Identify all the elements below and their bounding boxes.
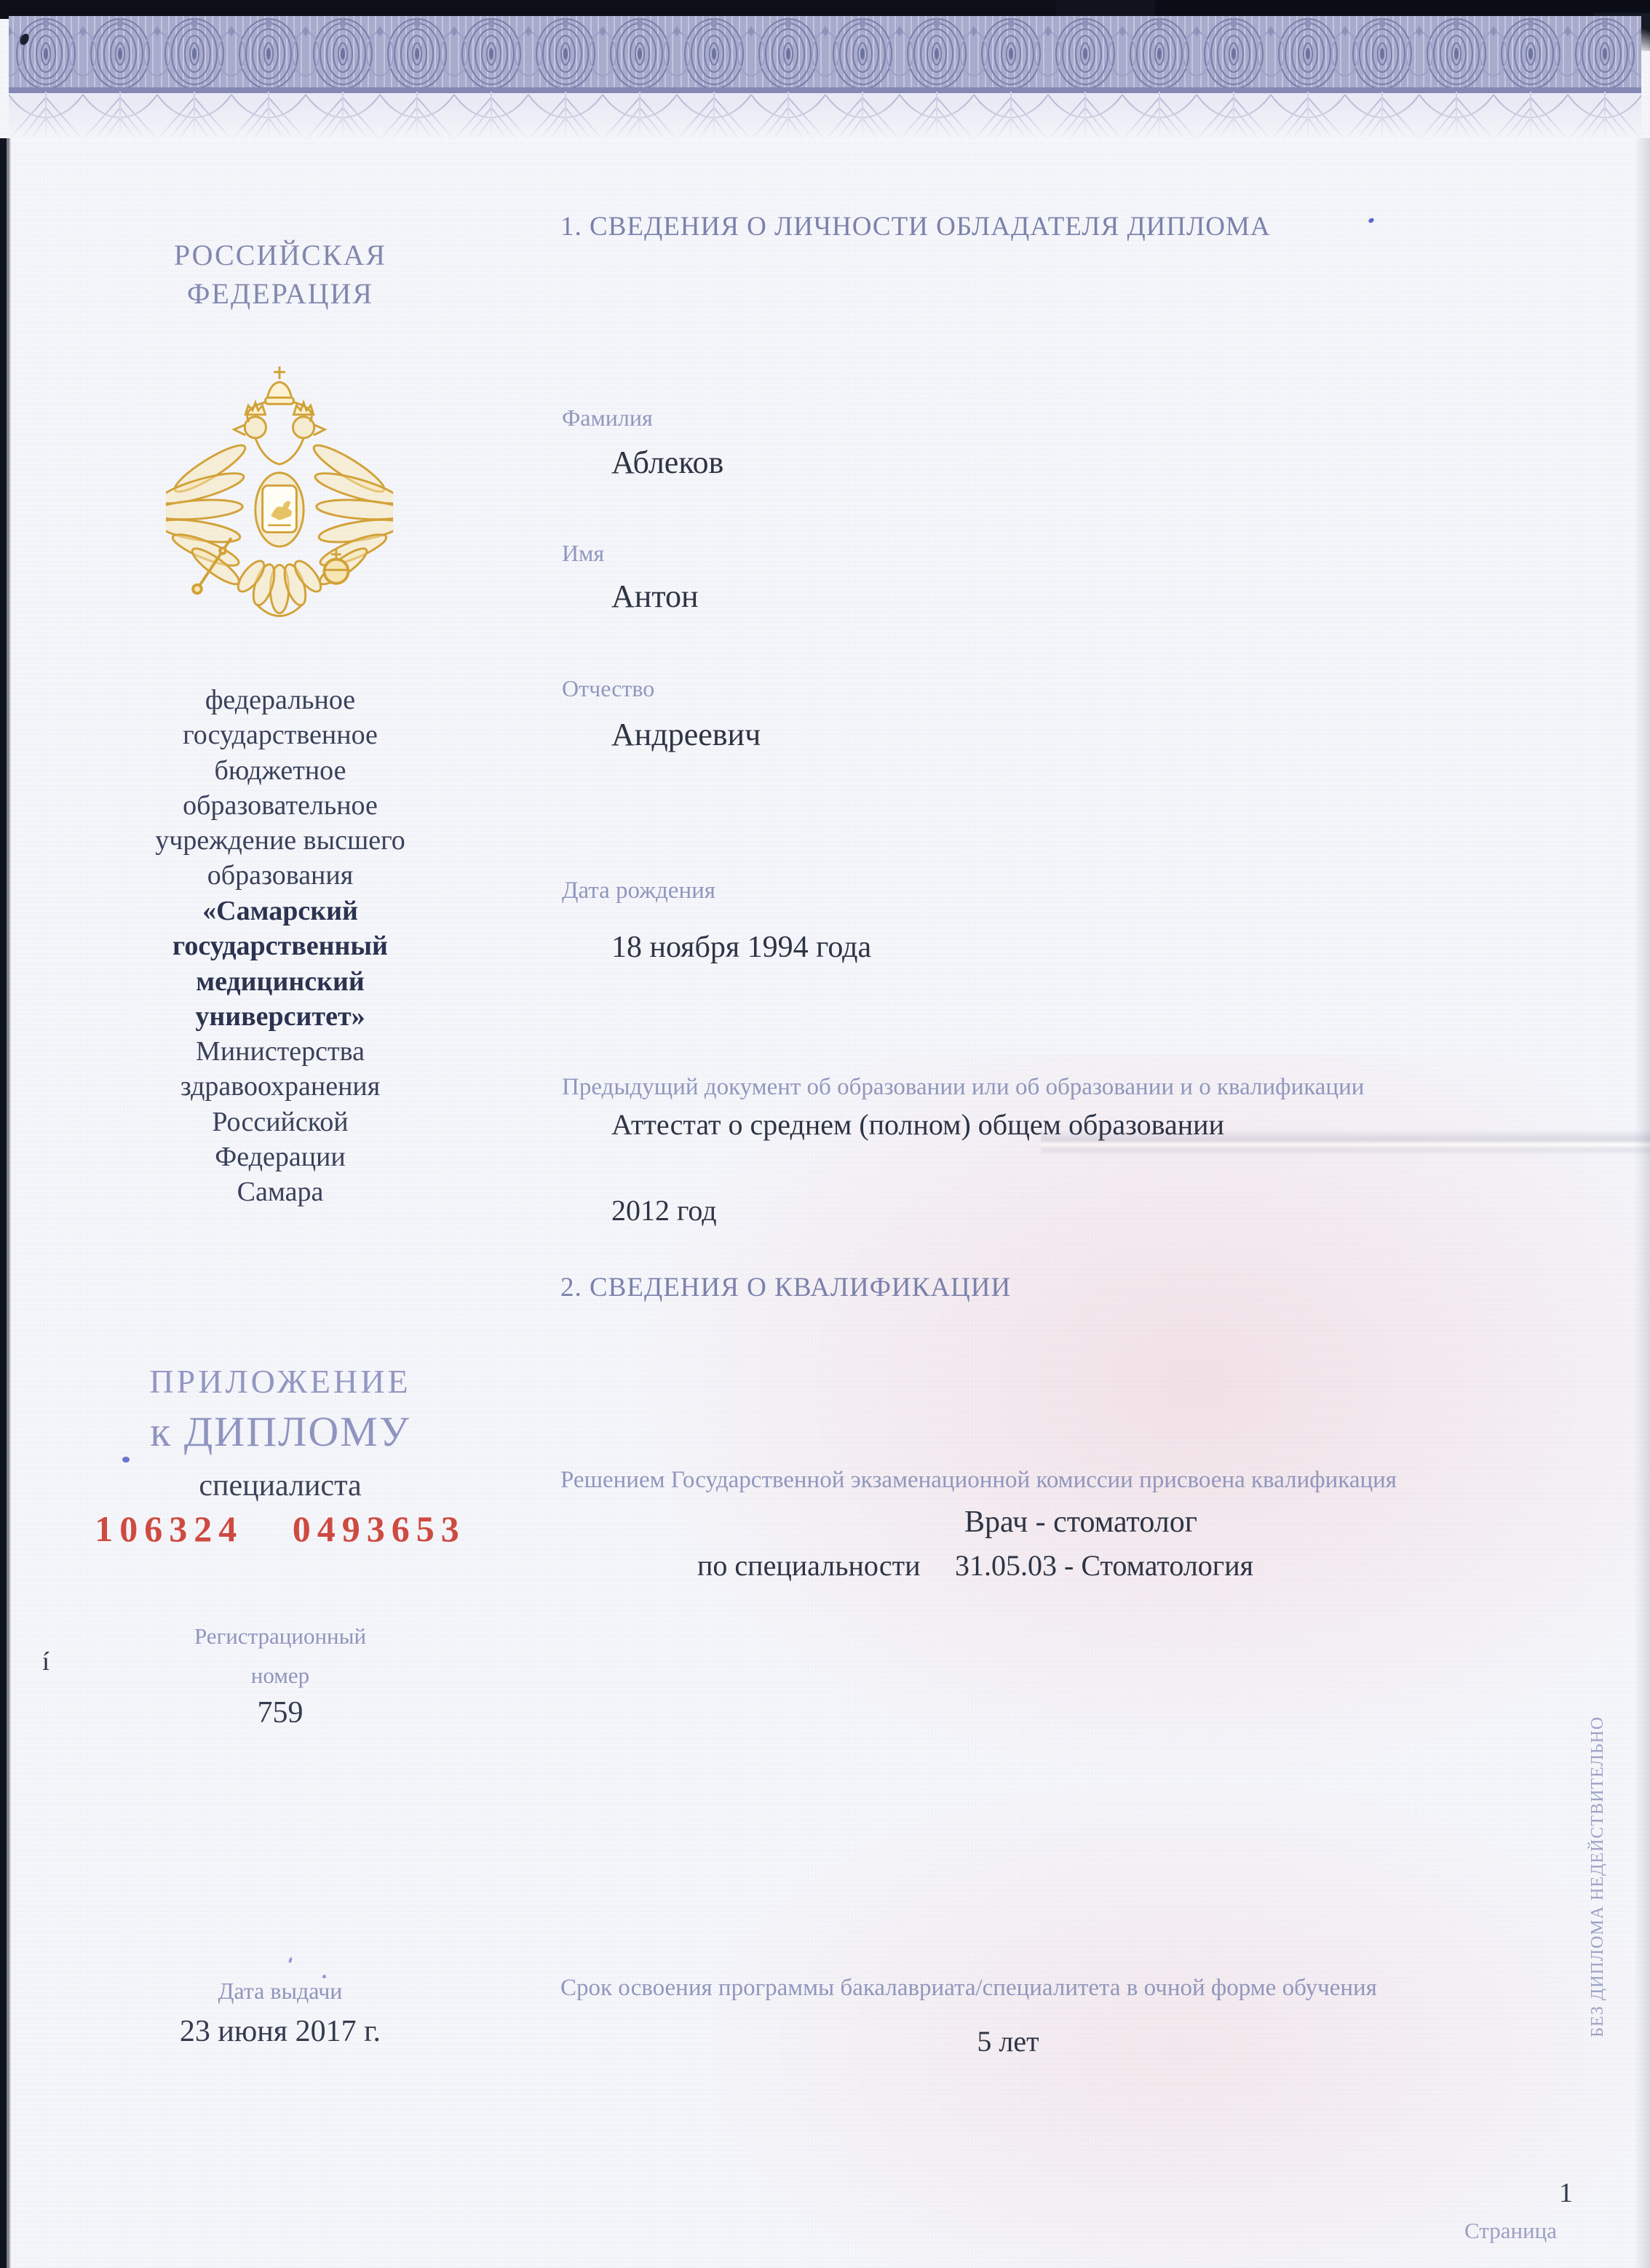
firstname-value: Антон [611, 578, 699, 615]
previous-document-label: Предыдущий документ об образовании или о… [562, 1074, 1530, 1101]
study-duration-label: Срок освоения программы бакалавриата/спе… [560, 1975, 1536, 2002]
country-title: РОССИЙСКАЯ ФЕДЕРАЦИЯ [55, 236, 506, 314]
supplement-subtitle: специалиста [55, 1468, 506, 1503]
section2-title: 2. СВЕДЕНИЯ О КВАЛИФИКАЦИИ [560, 1272, 1536, 1303]
issue-date-value: 23 июня 2017 г. [55, 2014, 506, 2049]
scan-left-edge [0, 138, 11, 2268]
surname-value: Аблеков [611, 444, 723, 481]
page-label: Страница [1464, 2218, 1557, 2244]
institution-name: «Самарский государственный медицинский у… [40, 894, 520, 1034]
specialty-value: 31.05.03 - Стоматология [955, 1548, 1253, 1583]
supplement-title-line1: ПРИЛОЖЕНИЕ [55, 1362, 506, 1401]
qualification-decision-label: Решением Государственной экзаменационной… [560, 1467, 1536, 1494]
russia-coat-of-arms-icon [166, 355, 393, 632]
qualification-value: Врач - стоматолог [560, 1505, 1536, 1540]
page-number: 1 [1559, 2177, 1573, 2209]
previous-document-year: 2012 год [611, 1193, 717, 1227]
stray-glyph: í [42, 1646, 49, 1676]
firstname-label: Имя [562, 540, 604, 567]
diploma-supplement-page: РОССИЙСКАЯ ФЕДЕРАЦИЯ [0, 0, 1650, 2268]
registration-number-value: 759 [55, 1695, 506, 1730]
birthdate-value: 18 ноября 1994 года [611, 930, 871, 965]
surname-label: Фамилия [562, 405, 653, 431]
previous-document-value: Аттестат о среднем (полном) общем образо… [611, 1107, 1224, 1142]
institution-type: федеральное государственное бюджетное об… [40, 683, 520, 894]
specialty-label: по специальности [697, 1548, 920, 1583]
paper-crease-right [1634, 138, 1650, 2268]
guilloche-border [9, 16, 1641, 141]
paper-tint [640, 1055, 1650, 1783]
patronymic-label: Отчество [562, 675, 654, 702]
study-duration-value: 5 лет [560, 2024, 1456, 2058]
ink-speck [122, 1457, 130, 1463]
patronymic-value: Андреевич [611, 716, 761, 753]
issue-date-label: Дата выдачи [55, 1978, 506, 2005]
birthdate-label: Дата рождения [562, 878, 715, 904]
edge-warning-text: БЕЗ ДИПЛОМА НЕДЕЙСТВИТЕЛЬНО [1588, 1732, 1608, 2037]
diploma-form-number: 106324 0493653 [33, 1508, 528, 1550]
ink-speck [288, 1957, 293, 1964]
section1-title: 1. СВЕДЕНИЯ О ЛИЧНОСТИ ОБЛАДАТЕЛЯ ДИПЛОМ… [560, 211, 1536, 242]
supplement-title-line2: к ДИПЛОМУ [55, 1407, 506, 1456]
registration-number-label: Регистрационный номер [55, 1617, 506, 1696]
institution-ministry: Министерства здравоохранения Российской … [40, 1034, 520, 1209]
